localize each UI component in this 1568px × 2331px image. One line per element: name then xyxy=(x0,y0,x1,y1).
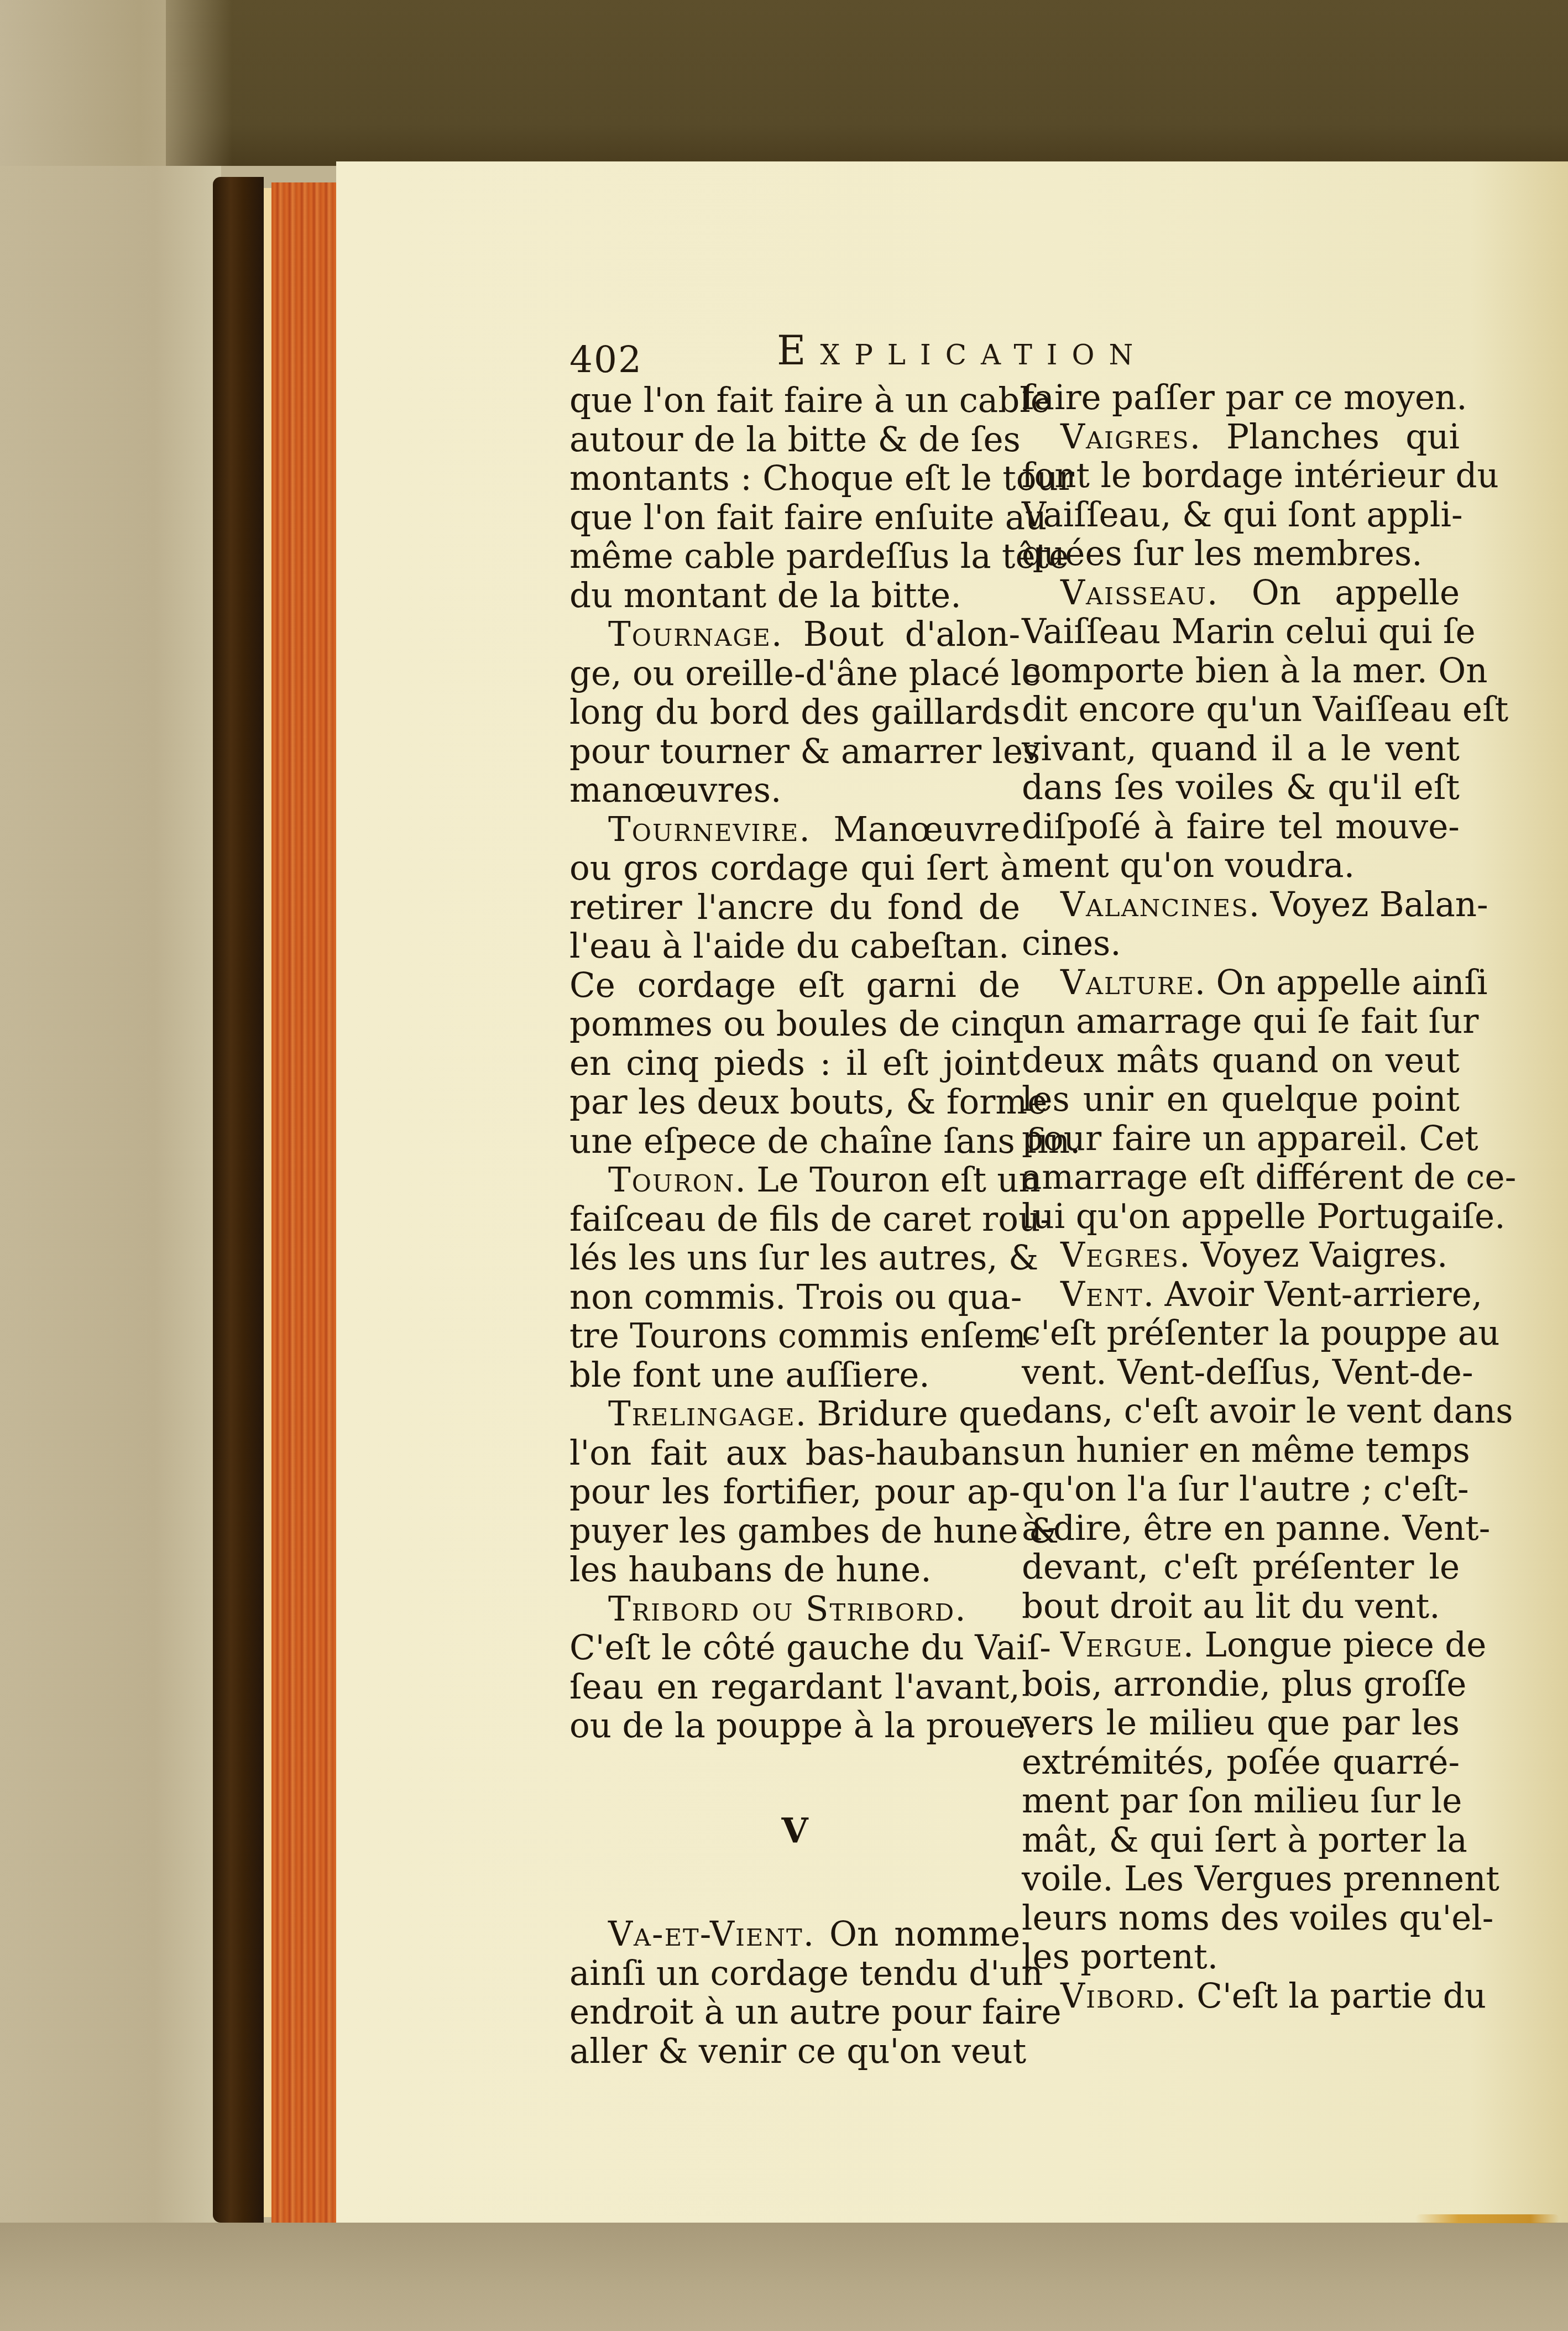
entry-headword: Vaigres xyxy=(1060,417,1190,457)
text-line: dans, c'eſt avoir le vent dans xyxy=(1022,1392,1460,1431)
text-line: Tournage. Bout d'alon- xyxy=(569,615,1020,655)
text-line: Vibord. C'eſt la partie du xyxy=(1022,1977,1460,2016)
text-line: endroit à un autre pour faire xyxy=(569,1993,1020,2032)
left-column: que l'on fait faire à un cableautour de … xyxy=(569,381,1020,2071)
text-line: ge, ou oreille-d'âne placé le xyxy=(569,655,1020,694)
text-line: font le bordage intérieur du xyxy=(1022,457,1460,496)
text-line: leurs noms des voiles qu'el- xyxy=(1022,1899,1460,1938)
text-line: Tribord ou Stribord. xyxy=(569,1590,1020,1629)
text-line: cines. xyxy=(1022,924,1460,964)
entry-headword: Vibord xyxy=(1060,1977,1175,2016)
entry-headword: Tournage xyxy=(608,615,771,654)
book-page-edges xyxy=(271,182,337,2223)
text-line: bois, arrondie, plus groſſe xyxy=(1022,1665,1460,1705)
text-line: faire paſſer par ce moyen. xyxy=(1022,379,1460,418)
text-line: une eſpece de chaîne ſans fin. xyxy=(569,1122,1020,1162)
text-line: même cable pardeſſus la tête xyxy=(569,537,1020,577)
page-number: 402 xyxy=(569,338,642,381)
text-line: ou de la pouppe à la proue. xyxy=(569,1707,1020,1746)
text-line: C'eſt le côté gauche du Vaiſ- xyxy=(569,1629,1020,1668)
entry-headword: Touron xyxy=(608,1161,735,1200)
text-line: que l'on fait faire enſuite au xyxy=(569,499,1020,538)
text-line: quées ſur les membres. xyxy=(1022,535,1460,574)
text-line: Vaigres. Planches qui xyxy=(1022,418,1460,457)
text-line: faiſceau de fils de caret rou- xyxy=(569,1200,1020,1240)
text-line: montants : Choque eſt le tour xyxy=(569,459,1020,499)
text-line: deux mâts quand on veut xyxy=(1022,1042,1460,1081)
text-line: Ce cordage eſt garni de xyxy=(569,966,1020,1006)
text-line: aller & venir ce qu'on veut xyxy=(569,2032,1020,2072)
text-line: pour faire un appareil. Cet xyxy=(1022,1120,1460,1159)
text-line: ou gros cordage qui ſert à xyxy=(569,849,1020,889)
text-line: pour tourner & amarrer les xyxy=(569,733,1020,772)
text-line: Vaisseau. On appelle xyxy=(1022,574,1460,613)
text-line: vers le milieu que par les xyxy=(1022,1704,1460,1743)
text-line: tre Tourons commis enſem- xyxy=(569,1317,1020,1356)
text-line: ment par ſon milieu ſur le xyxy=(1022,1782,1460,1821)
text-line: non commis. Trois ou qua- xyxy=(569,1278,1020,1318)
text-line: lés les uns ſur les autres, & xyxy=(569,1239,1020,1278)
entry-headword: Vent xyxy=(1060,1275,1143,1314)
text-line: autour de la bitte & de ſes xyxy=(569,421,1020,460)
text-line: diſpoſé à faire tel mouve- xyxy=(1022,808,1460,847)
scan-background-left xyxy=(0,0,221,2331)
entry-headword: Vergue xyxy=(1060,1626,1183,1665)
text-line: Vergue. Longue piece de xyxy=(1022,1626,1460,1665)
text-line: du montant de la bitte. xyxy=(569,577,1020,616)
text-line: devant, c'eſt préſenter le xyxy=(1022,1548,1460,1587)
text-line: manœuvres. xyxy=(569,771,1020,811)
scan-background-bottom xyxy=(0,2223,1568,2331)
text-line: bout droit au lit du vent. xyxy=(1022,1587,1460,1627)
text-line: puyer les gambes de hune & xyxy=(569,1512,1020,1551)
text-line: ainſi un cordage tendu d'un xyxy=(569,1954,1020,1994)
running-head: Explication xyxy=(777,327,1147,374)
text-line: à-dire, être en panne. Vent- xyxy=(1022,1509,1460,1549)
scan-background-top xyxy=(166,0,1568,166)
page-stain xyxy=(1415,2214,1559,2223)
text-line: un hunier en même temps xyxy=(1022,1431,1460,1471)
text-line: lui qu'on appelle Portugaiſe. xyxy=(1022,1198,1460,1237)
entry-headword: Valancines xyxy=(1060,885,1249,924)
text-line: Tournevire. Manœuvre xyxy=(569,811,1020,850)
text-line: voile. Les Vergues prennent xyxy=(1022,1860,1460,1899)
text-line: Va-et-Vient. On nomme xyxy=(569,1915,1020,1954)
text-line: un amarrage qui ſe fait ſur xyxy=(1022,1002,1460,1042)
text-line: dans ſes voiles & qu'il eſt xyxy=(1022,769,1460,808)
text-line: Vegres. Voyez Vaigres. xyxy=(1022,1236,1460,1276)
scan-background-top-fade xyxy=(0,0,232,166)
text-line: pour les fortifier, pour ap- xyxy=(569,1473,1020,1512)
entry-headword: Tribord ou Stribord xyxy=(608,1590,955,1629)
text-line: Vaiſſeau Marin celui qui ſe xyxy=(1022,613,1460,652)
text-line: extrémités, poſée quarré- xyxy=(1022,1743,1460,1783)
entry-headword: Vegres xyxy=(1060,1236,1179,1275)
text-line: mât, & qui ſert à porter la xyxy=(1022,1821,1460,1860)
text-line: l'eau à l'aide du cabeſtan. xyxy=(569,927,1020,966)
text-line: que l'on fait faire à un cable xyxy=(569,381,1020,421)
text-line: Vaiſſeau, & qui ſont appli- xyxy=(1022,496,1460,535)
text-line: par les deux bouts, & forme xyxy=(569,1083,1020,1122)
text-line: vivant, quand il a le vent xyxy=(1022,730,1460,769)
text-line: l'on fait aux bas-haubans xyxy=(569,1434,1020,1473)
text-line: dit encore qu'un Vaiſſeau eſt xyxy=(1022,691,1460,730)
text-line: pommes ou boules de cinq xyxy=(569,1005,1020,1044)
text-line: ble font une auſſiere. xyxy=(569,1356,1020,1396)
text-line: Valancines. Voyez Balan- xyxy=(1022,886,1460,925)
section-letter: V xyxy=(569,1811,1020,1851)
entry-headword: Vaisseau xyxy=(1060,573,1207,613)
text-line: ſeau en regardant l'avant, xyxy=(569,1668,1020,1707)
text-line: amarrage eſt différent de ce- xyxy=(1022,1158,1460,1198)
text-line: en cinq pieds : il eſt joint xyxy=(569,1044,1020,1084)
text-line: les haubans de hune. xyxy=(569,1551,1020,1590)
right-column: faire paſſer par ce moyen.Vaigres. Planc… xyxy=(1022,379,1460,2016)
text-line: les portent. xyxy=(1022,1938,1460,1977)
entry-headword: Valture xyxy=(1060,963,1195,1002)
text-line: Trelingage. Bridure que xyxy=(569,1395,1020,1434)
text-line: les unir en quelque point xyxy=(1022,1080,1460,1120)
text-line: c'eſt préſenter la pouppe au xyxy=(1022,1314,1460,1353)
text-line: ment qu'on voudra. xyxy=(1022,846,1460,886)
entry-headword: Trelingage xyxy=(608,1394,796,1434)
text-line: retirer l'ancre du fond de xyxy=(569,889,1020,928)
text-line: Vent. Avoir Vent-arriere, xyxy=(1022,1276,1460,1315)
entry-headword: Va-et-Vient xyxy=(608,1915,803,1954)
text-line: Valture. On appelle ainſi xyxy=(1022,964,1460,1003)
text-line: qu'on l'a ſur l'autre ; c'eſt- xyxy=(1022,1470,1460,1509)
text-line: long du bord des gaillards xyxy=(569,693,1020,733)
book-board-edge xyxy=(264,188,271,2217)
entry-headword: Tournevire xyxy=(608,810,799,849)
text-line: Touron. Le Touron eſt un xyxy=(569,1161,1020,1200)
book-cover-edge xyxy=(213,177,264,2223)
text-line: vent. Vent-deſſus, Vent-de- xyxy=(1022,1353,1460,1393)
text-line: comporte bien à la mer. On xyxy=(1022,652,1460,691)
